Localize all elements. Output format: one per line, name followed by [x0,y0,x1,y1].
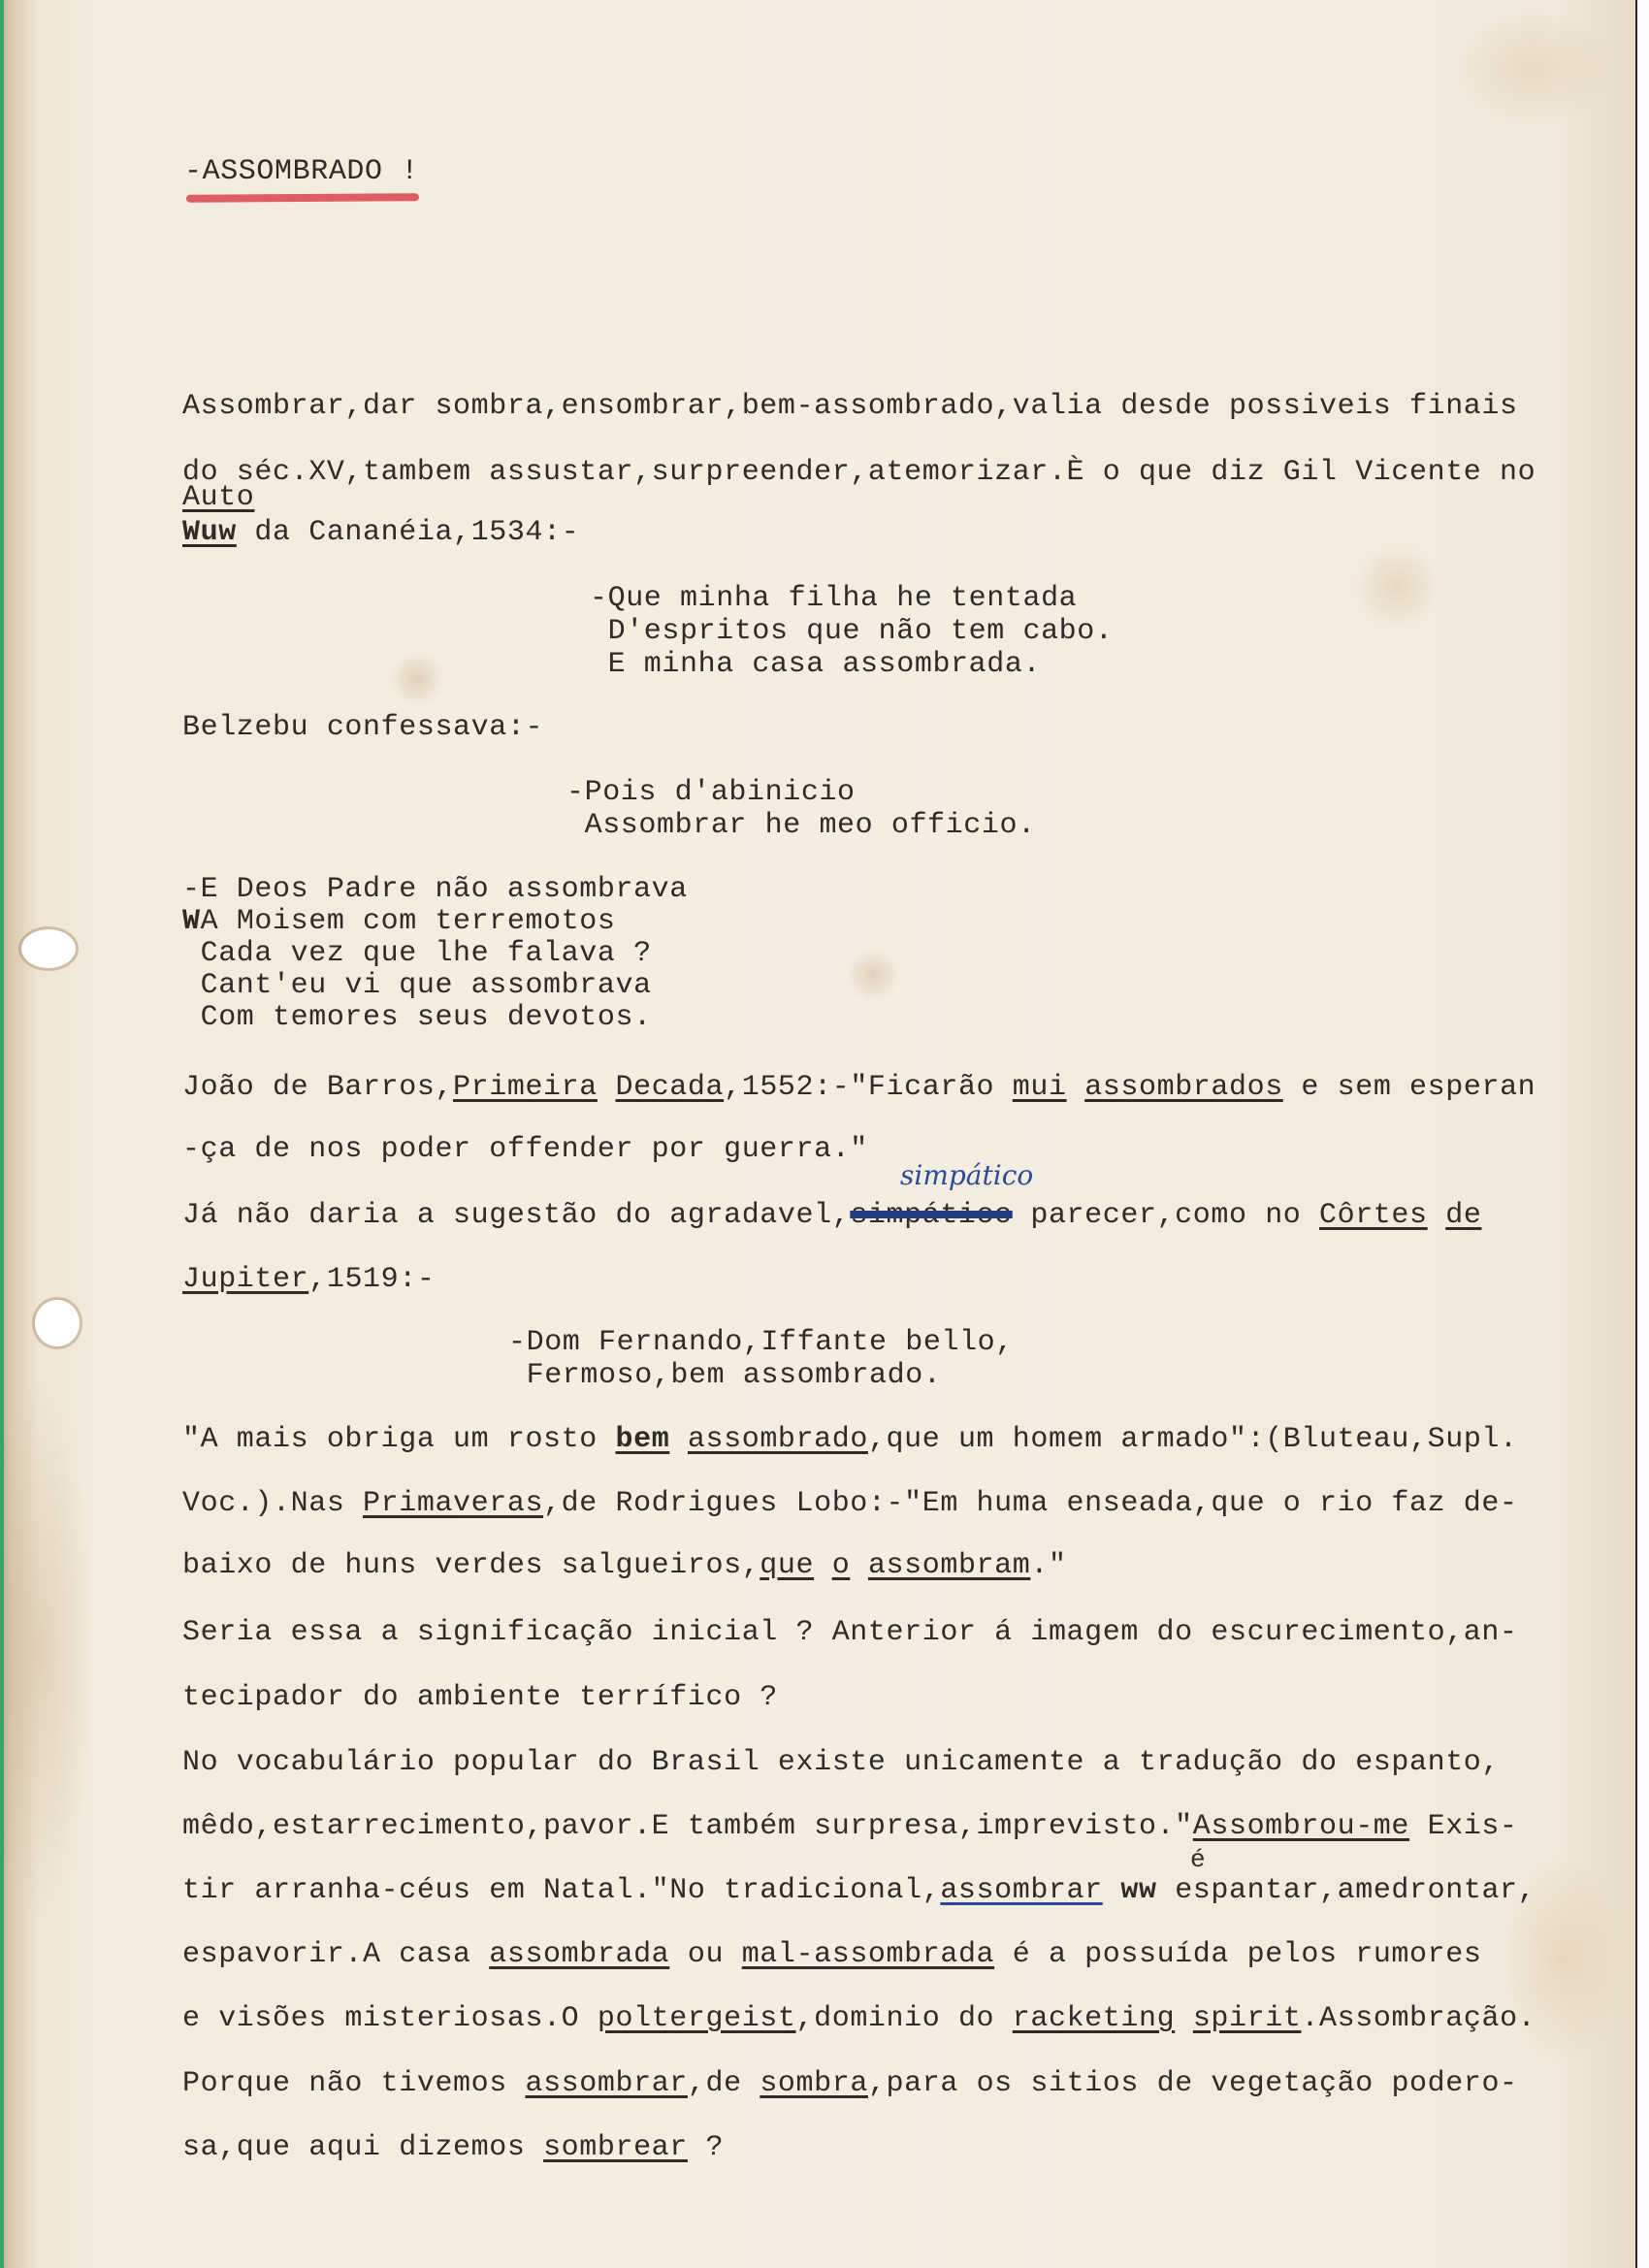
quote-line: WA Moisem com terremotos [182,905,615,938]
quote-line: Cada vez que lhe falava ? [182,937,652,970]
barros-line-2: -ça de nos poder offender por guerra." [182,1133,868,1166]
bluteau-line-2: Voc.).Nas Primaveras,de Rodrigues Lobo:-… [182,1487,1518,1520]
quote-line: Cant'eu vi que assombrava [182,969,652,1002]
cananeia-ref: da Cananéia,1534:- [237,516,579,549]
page-title: -ASSOMBRADO ! [184,155,419,188]
barros-line-1: João de Barros,Primeira Decada,1552:-"Fi… [182,1071,1536,1104]
quote-line: Fermoso,bem assombrado. [508,1359,941,1392]
insert-auto: Auto [182,481,254,514]
page-right-edge [1635,0,1649,2268]
title-red-underline [186,193,419,203]
bluteau-line-1: "A mais obriga um rosto bem assombrado,q… [182,1423,1518,1456]
quote-line: Assombrar he meo officio. [566,809,1036,842]
scanner-edge [0,0,4,2268]
belzebu-intro: Belzebu confessava:- [182,711,543,744]
punch-hole-top [21,929,76,968]
question-line-2: tecipador do ambiente terrífico ? [182,1681,778,1714]
brasil-line-4: espavorir.A casa assombrada ou mal-assom… [182,1938,1481,1971]
paragraph-1-line-1: Assombrar,dar sombra,ensombrar,bem-assom… [182,390,1518,423]
quote-line: Com temores seus devotos. [182,1001,652,1034]
quote-line: -Dom Fernando,Iffante bello, [508,1326,1014,1359]
brasil-line-3: tir arranha-céus em Natal."No tradiciona… [182,1874,1536,1907]
quote-line: D'espritos que não tem cabo. [590,615,1114,648]
agradavel-line-1: Já não daria a sugestão do agradavel,sim… [182,1199,1481,1232]
struck-typo: Wuw [182,516,237,549]
quote-line: -Que minha filha he tentada [590,582,1077,615]
agradavel-line-2: Jupiter,1519:- [182,1263,435,1296]
punch-hole-bottom [35,1300,80,1346]
quote-line: E minha casa assombrada. [590,648,1041,681]
closing-line-1: Porque não tivemos assombrar,de sombra,p… [182,2067,1518,2100]
insert-e-accent: é [1190,1843,1206,1876]
paragraph-1-line-2: do séc.XV,tambem assustar,surpreender,at… [182,456,1536,489]
bluteau-line-3: baixo de huns verdes salgueiros,que o as… [182,1549,1067,1582]
quote-line: -E Deos Padre não assombrava [182,873,688,906]
brasil-line-1: No vocabulário popular do Brasil existe … [182,1746,1500,1779]
closing-line-2: sa,que aqui dizemos sombrear ? [182,2131,724,2164]
brasil-line-5: e visões misteriosas.O poltergeist,domin… [182,2002,1536,2035]
quote-line: -Pois d'abinicio [566,776,856,809]
paragraph-1-line-4: Wuw da Cananéia,1534:- [182,516,579,549]
brasil-line-2: mêdo,estarrecimento,pavor.E também surpr… [182,1810,1518,1843]
question-line-1: Seria essa a significação inicial ? Ante… [182,1616,1518,1649]
struck-word: simpático [850,1199,1012,1232]
handwritten-simpatico: simpático [900,1159,1033,1191]
